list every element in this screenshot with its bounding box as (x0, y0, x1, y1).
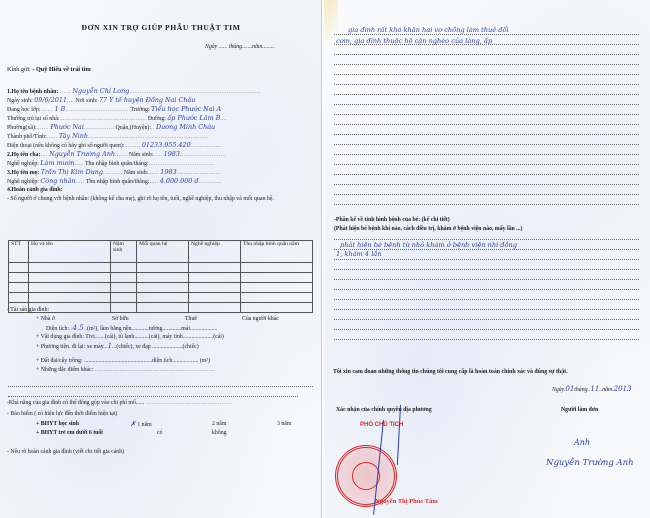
table-cell[interactable] (29, 263, 111, 273)
dotted-line (334, 94, 639, 95)
mother-birth-year: 1983 (160, 168, 176, 176)
patient-district: Dương Minh Châu (156, 123, 215, 131)
applicant-name: Nguyễn Trường Anh (546, 458, 634, 468)
patient-dob: 09/6/2011 (34, 96, 67, 104)
dotted-line (334, 279, 639, 280)
house-label: + Nhà ở (36, 315, 55, 323)
dotted-line (334, 269, 639, 270)
mother-job: Công nhân (40, 177, 75, 185)
patient-school: Tiểu học Phước Nai A (151, 105, 221, 113)
assets-heading: - Tài sản gia đình: (7, 306, 49, 314)
official-name: Nguyễn Thị Phúc Tâm (375, 498, 438, 505)
form-page-2: gia đình rất khó khăn hai vợ chồng làm t… (324, 0, 650, 518)
dotted-line (334, 289, 639, 290)
table-cell[interactable] (189, 273, 241, 283)
dotted-line (334, 144, 639, 145)
table-cell[interactable] (9, 273, 29, 283)
sign-date: Ngày.01tháng..11..năm.2013 (552, 385, 632, 394)
table-cell[interactable] (29, 273, 111, 283)
table-cell[interactable] (9, 263, 29, 273)
dotted-line (8, 386, 313, 387)
father-name: Nguyễn Trường Anh (49, 150, 115, 158)
insurance-student-3yr[interactable]: 3 năm (277, 420, 291, 428)
insurance-student-1yr[interactable]: ✗ 1 năm (130, 420, 152, 429)
table-row (9, 283, 313, 293)
illness-text-2: 1, khám 4 lần (336, 250, 382, 258)
declaration: Tôi xin cam đoan những thông tin chúng t… (333, 368, 568, 376)
table-cell[interactable] (111, 273, 137, 283)
dotted-line (334, 204, 639, 205)
circumstance-text-1: gia đình rất khó khăn hai vợ chồng làm t… (348, 26, 509, 34)
illness-text-1: phát hiện bé bệnh từ nhỏ khám ở bệnh việ… (340, 241, 517, 249)
recipient: Kính gửi: - Quỹ Hiếu về trái tim (7, 66, 91, 73)
patient-birthplace: 77 Y tế huyện Đồng Nai Châu (99, 96, 195, 104)
table-row (9, 293, 313, 303)
table-cell[interactable] (111, 293, 137, 303)
table-cell[interactable] (137, 273, 189, 283)
cohabit-note: - Số người ở chung với bệnh nhân: (không… (7, 195, 315, 215)
table-cell[interactable] (137, 293, 189, 303)
header-date: Ngày ...... tháng.......năm......... (205, 44, 275, 50)
dotted-line (334, 74, 639, 75)
dotted-line (334, 54, 639, 55)
patient-city: Tây Ninh (59, 132, 88, 140)
table-cell[interactable] (9, 293, 29, 303)
insurance-heading: - Bảo hiểm ( có hiệu lực đến thời điểm h… (7, 410, 117, 418)
house-area: 4.5 (73, 324, 84, 332)
dotted-line (334, 134, 639, 135)
table-cell[interactable] (111, 303, 137, 313)
patient-name: Nguyễn Chí Long (72, 87, 129, 95)
dotted-line (334, 319, 639, 320)
table-cell[interactable] (189, 283, 241, 293)
applicant-label: Người làm đơn (561, 406, 598, 414)
dotted-line (334, 299, 639, 300)
dotted-line (334, 184, 639, 185)
table-cell[interactable] (189, 263, 241, 273)
table-cell[interactable] (137, 263, 189, 273)
house-option-other[interactable]: Của người khác (242, 315, 279, 323)
illness-subheading: (Phát hiện bé bệnh khi nào, cách điều tr… (334, 225, 522, 233)
table-cell[interactable] (137, 283, 189, 293)
house-option-own[interactable]: Sở hữu (112, 315, 129, 323)
table-cell[interactable] (29, 283, 111, 293)
table-row (9, 263, 313, 273)
patient-phone: 01233.955.420 (142, 141, 191, 149)
dotted-line (8, 396, 298, 397)
table-cell[interactable] (241, 273, 313, 283)
mother-income: 4.000.000 đ (160, 177, 199, 185)
dotted-line (334, 194, 639, 195)
patient-class: 1 B (54, 105, 65, 113)
contribution-row: -Khả năng của gia đình có thể đóng góp v… (7, 399, 232, 407)
dotted-line (334, 309, 639, 310)
circumstance-label: - Nêu rõ hoàn cảnh gia đình (viết chi ti… (7, 448, 124, 456)
table-cell[interactable] (29, 293, 111, 303)
dotted-line (334, 84, 639, 85)
dotted-line (334, 164, 639, 165)
patient-ward: Phước Nai (50, 123, 83, 131)
check-mark-icon: ✗ (130, 420, 136, 428)
family-heading: 4.Hoàn cảnh gia đình: (7, 186, 315, 195)
family-members-table: STT Họ và tên Năm sinh Mối quan hệ Nghề … (8, 240, 313, 313)
other-row: + Những đặc điểm khác: .................… (36, 366, 216, 374)
applicant-signature: Anh (574, 438, 590, 447)
house-area-row: Diện tích:..4.5..(m²), làm bằng nền.....… (46, 324, 217, 333)
father-job: Làm mướn (40, 159, 74, 167)
authority-label: Xác nhận của chính quyền địa phương (336, 406, 432, 414)
table-cell[interactable] (241, 283, 313, 293)
table-cell[interactable] (189, 293, 241, 303)
table-cell[interactable] (111, 263, 137, 273)
form-title: ĐƠN XIN TRỢ GIÚP PHẪU THUẬT TIM (0, 23, 322, 32)
circumstance-text-2: cơm, gia đình thuộc hộ cận nghèo của làn… (336, 37, 492, 45)
patient-street: ấp Phước Lâm B (167, 114, 220, 122)
transport-row: + Phương tiện. đi lại: xe máy...1...(chi… (36, 342, 199, 351)
table-cell[interactable] (137, 303, 189, 313)
land-row: + Đất đai/cây trồng: ...................… (36, 357, 210, 365)
table-cell[interactable] (189, 303, 241, 313)
dotted-line (334, 329, 639, 330)
table-cell[interactable] (111, 283, 137, 293)
dotted-line (334, 259, 639, 260)
insurance-student-2yr[interactable]: 2 năm (212, 420, 226, 428)
dotted-line (334, 239, 639, 240)
table-cell[interactable] (241, 293, 313, 303)
table-cell[interactable] (241, 303, 313, 313)
illness-heading: -Phần kể về tình hình bệnh của bé: (kể c… (334, 216, 450, 224)
table-cell[interactable] (9, 283, 29, 293)
dotted-line (334, 174, 639, 175)
father-birth-year: 1983 (164, 150, 180, 158)
dotted-line (334, 104, 639, 105)
dotted-line (334, 34, 639, 35)
dotted-line (334, 154, 639, 155)
insurance-student-label: + BHYT học sinh (36, 420, 79, 428)
form-page-1: ĐƠN XIN TRỢ GIÚP PHẪU THUẬT TIM Ngày ...… (0, 0, 322, 518)
appliances-row: + Vật dụng gia đình: Tivi.......(cái), t… (36, 333, 224, 341)
mother-name: Trần Thị Kim Dung (41, 168, 103, 176)
insurance-child-no[interactable]: không (212, 429, 227, 437)
dotted-line (334, 339, 639, 340)
insurance-child-yes[interactable]: có (157, 429, 162, 437)
table-row (9, 273, 313, 283)
house-option-rent[interactable]: Thuê (185, 315, 197, 323)
dotted-line (334, 114, 639, 115)
table-cell[interactable] (241, 263, 313, 273)
table-row (9, 303, 313, 313)
dotted-line (334, 124, 639, 125)
insurance-child-label: + BHYT trẻ em dưới 6 tuổi (36, 429, 103, 437)
dotted-line (334, 64, 639, 65)
